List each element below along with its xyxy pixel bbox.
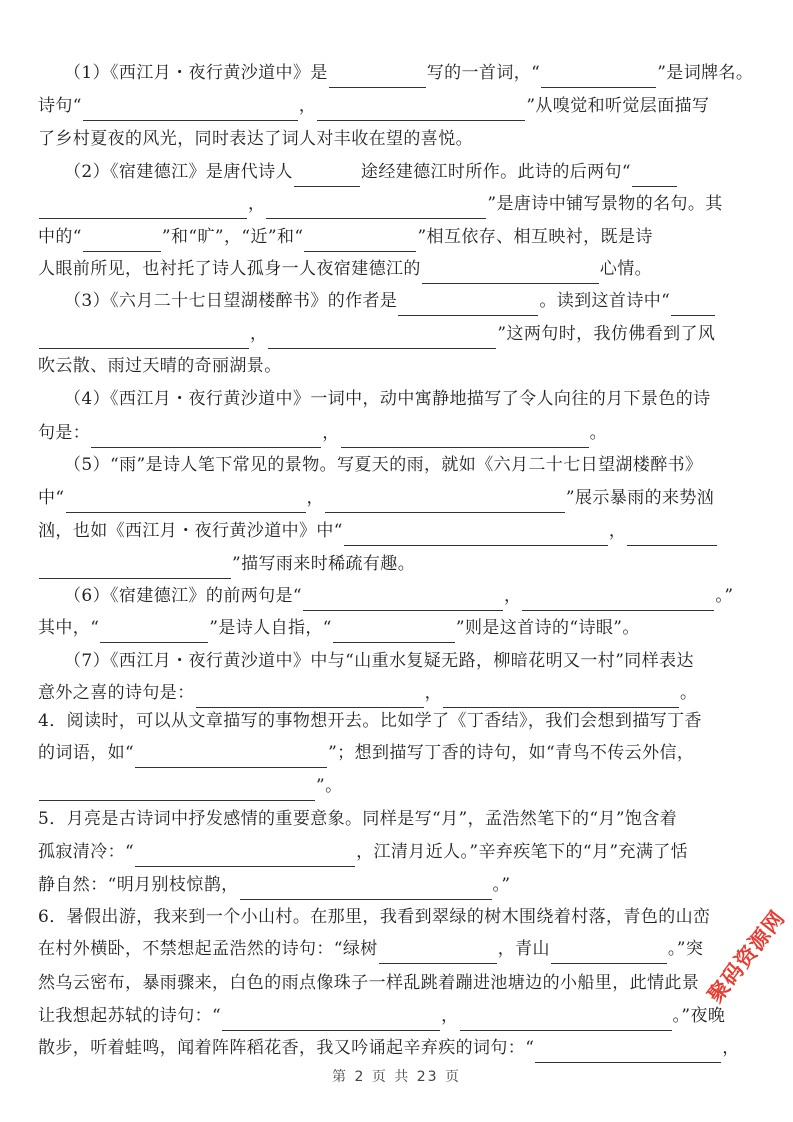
- footer-total-pages: 23: [417, 1069, 439, 1085]
- text-segment: 。”: [493, 870, 511, 900]
- text-segment: 然乌云密布，暴雨骤来，白色的雨点像珠子一样乱跳着蹦进池塘边的小船里，此情此景: [38, 968, 699, 998]
- fill-in-blank[interactable]: [341, 425, 589, 448]
- footer-middle: 页 共: [372, 1069, 410, 1085]
- fill-in-blank[interactable]: [379, 941, 497, 964]
- text-segment: （4）《西江月・夜行黄沙道中》一词中，动中寓静地描写了令人向往的月下景色的诗: [64, 384, 711, 414]
- fill-in-blank[interactable]: [325, 490, 565, 513]
- text-segment: ”；想到描写丁香的诗句，如“青鸟不传云外信，: [328, 738, 694, 768]
- text-line: 孤寂清冷：“，江清月近人。”辛弃疾笔下的“月”充满了恬: [38, 837, 688, 867]
- text-segment: （5）“雨”是诗人笔下常见的景物。写夏天的雨，就如《六月二十七日望湖楼醉书》: [64, 450, 702, 480]
- page-footer: 第 2 页 共 23 页: [0, 1066, 793, 1086]
- text-line: 然乌云密布，暴雨骤来，白色的雨点像珠子一样乱跳着蹦进池塘边的小船里，此情此景: [38, 968, 699, 998]
- document-page: （1）《西江月・夜行黄沙道中》是写的一首词，“”是词牌名。诗句“，”从嗅觉和听觉…: [0, 0, 793, 1122]
- fill-in-blank[interactable]: [398, 293, 538, 316]
- fill-in-blank[interactable]: [266, 196, 486, 219]
- fill-in-blank[interactable]: [100, 620, 208, 643]
- text-segment: 。读到这首诗中“: [539, 286, 670, 316]
- fill-in-blank[interactable]: [135, 844, 355, 867]
- text-line: 在村外横卧，不禁想起孟浩然的诗句：“绿树，青山。”突: [38, 934, 703, 964]
- text-segment: 诗句“: [38, 91, 82, 121]
- text-segment: ，: [250, 319, 267, 349]
- text-segment: 。”: [715, 581, 733, 611]
- text-segment: ”是唐诗中铺写景物的名句。其: [487, 189, 722, 219]
- fill-in-blank[interactable]: [135, 745, 327, 768]
- fill-in-blank[interactable]: [632, 164, 677, 187]
- text-segment: ，: [307, 483, 324, 513]
- text-segment: 的词语，如“: [38, 738, 134, 768]
- text-line: （7）《西江月・夜行黄沙道中》中与“山重水复疑无路，柳暗花明又一村”同样表达: [64, 646, 694, 676]
- text-line: 的词语，如“”；想到描写丁香的诗句，如“青鸟不传云外信，: [38, 738, 694, 768]
- fill-in-blank[interactable]: [460, 1008, 672, 1031]
- text-line: 意外之喜的诗句是：，。: [38, 678, 697, 708]
- text-segment: 了乡村夏夜的风光，同时表达了词人对丰收在望的喜悦。: [38, 124, 473, 154]
- fill-in-blank[interactable]: [222, 1008, 440, 1031]
- text-line: （2）《宿建德江》是唐代诗人途经建德江时所作。此诗的后两句“: [64, 157, 678, 187]
- text-line: 吹云散、雨过天晴的奇丽湖景。: [38, 351, 282, 381]
- text-line: 中“，”展示暴雨的来势汹: [38, 483, 714, 513]
- text-segment: 其中，“: [38, 613, 99, 643]
- text-line: ”描写雨来时稀疏有趣。: [38, 549, 415, 579]
- text-segment: ”展示暴雨的来势汹: [566, 483, 714, 513]
- text-segment: ，: [425, 678, 442, 708]
- text-segment: ”。: [316, 771, 343, 801]
- text-line: 5．月亮是古诗词中抒发感情的重要意象。同样是写“月”，孟浩然笔下的“月”饱含着: [38, 804, 677, 834]
- text-line: 4．阅读时，可以从文章描写的事物想开去。比如学了《丁香结》，我们会想到描写丁香: [38, 706, 702, 736]
- text-line: 散步，听着蛙鸣，闻着阵阵稻花香，我又吟诵起辛弃疾的词句：“，: [38, 1033, 740, 1063]
- text-segment: 孤寂清冷：“: [38, 837, 134, 867]
- text-segment: 中的“: [38, 222, 82, 252]
- fill-in-blank[interactable]: [268, 326, 496, 349]
- fill-in-blank[interactable]: [522, 588, 714, 611]
- text-segment: ，: [299, 91, 316, 121]
- text-segment: 。: [680, 678, 697, 708]
- fill-in-blank[interactable]: [294, 164, 360, 187]
- text-segment: （7）《西江月・夜行黄沙道中》中与“山重水复疑无路，柳暗花明又一村”同样表达: [64, 646, 694, 676]
- fill-in-blank[interactable]: [240, 877, 492, 900]
- text-line: 人眼前所见，也衬托了诗人孤身一人夜宿建德江的心情。: [38, 254, 652, 284]
- footer-page-number: 2: [354, 1069, 365, 1085]
- fill-in-blank[interactable]: [66, 490, 306, 513]
- text-segment: 途经建德江时所作。此诗的后两句“: [361, 157, 631, 187]
- text-line: 其中，“”是诗人自指，“”则是这首诗的“诗眼”。: [38, 613, 640, 643]
- text-line: ”。: [38, 771, 343, 801]
- text-segment: 。”突: [668, 934, 703, 964]
- text-line: （4）《西江月・夜行黄沙道中》一词中，动中寓静地描写了令人向往的月下景色的诗: [64, 384, 711, 414]
- text-line: 诗句“，”从嗅觉和听觉层面描写: [38, 91, 709, 121]
- fill-in-blank[interactable]: [39, 778, 315, 801]
- text-segment: 散步，听着蛙鸣，闻着阵阵稻花香，我又吟诵起辛弃疾的词句：“: [38, 1033, 534, 1063]
- text-segment: 5．月亮是古诗词中抒发感情的重要意象。同样是写“月”，孟浩然笔下的“月”饱含着: [38, 804, 677, 834]
- text-segment: 吹云散、雨过天晴的奇丽湖景。: [38, 351, 282, 381]
- text-segment: （6）《宿建德江》的前两句是“: [64, 581, 302, 611]
- text-segment: ，江清月近人。”辛弃疾笔下的“月”充满了恬: [356, 837, 688, 867]
- text-segment: 人眼前所见，也衬托了诗人孤身一人夜宿建德江的: [38, 254, 421, 284]
- fill-in-blank[interactable]: [317, 98, 525, 121]
- fill-in-blank[interactable]: [83, 229, 161, 252]
- text-segment: 中“: [38, 483, 65, 513]
- text-segment: ”这两句时，我仿佛看到了风: [497, 319, 715, 349]
- text-segment: 4．阅读时，可以从文章描写的事物想开去。比如学了《丁香结》，我们会想到描写丁香: [38, 706, 702, 736]
- text-segment: 静自然：“明月别枝惊鹊，: [38, 870, 239, 900]
- text-segment: 写的一首词，“: [427, 58, 541, 88]
- text-segment: ，: [441, 1001, 458, 1031]
- fill-in-blank[interactable]: [443, 685, 679, 708]
- fill-in-blank[interactable]: [83, 98, 298, 121]
- fill-in-blank[interactable]: [304, 229, 416, 252]
- text-segment: ”是诗人自指，“: [209, 613, 332, 643]
- text-line: （3）《六月二十七日望湖楼醉书》的作者是。读到这首诗中“: [64, 286, 716, 316]
- text-segment: 让我想起苏轼的诗句：“: [38, 1001, 221, 1031]
- fill-in-blank[interactable]: [329, 65, 426, 88]
- text-segment: ，: [248, 189, 265, 219]
- footer-prefix: 第: [332, 1069, 348, 1085]
- text-segment: 。”夜晚: [673, 1001, 726, 1031]
- fill-in-blank[interactable]: [671, 293, 715, 316]
- text-line: 6．暑假出游，我来到一个小山村。在那里，我看到翠绿的树木围绕着村落，青色的山峦: [38, 902, 710, 932]
- text-segment: 汹，也如《西江月・夜行黄沙道中》中“: [38, 516, 343, 546]
- text-segment: ”相互依存、相互映衬，既是诗: [417, 222, 652, 252]
- fill-in-blank[interactable]: [91, 425, 321, 448]
- fill-in-blank[interactable]: [551, 941, 667, 964]
- fill-in-blank[interactable]: [535, 1040, 721, 1063]
- fill-in-blank[interactable]: [196, 685, 424, 708]
- text-segment: ，: [609, 516, 626, 546]
- text-segment: 意外之喜的诗句是：: [38, 678, 195, 708]
- text-segment: 6．暑假出游，我来到一个小山村。在那里，我看到翠绿的树木围绕着村落，青色的山峦: [38, 902, 710, 932]
- text-line: 了乡村夏夜的风光，同时表达了词人对丰收在望的喜悦。: [38, 124, 473, 154]
- fill-in-blank[interactable]: [333, 620, 455, 643]
- text-line: ，”是唐诗中铺写景物的名句。其: [38, 189, 723, 219]
- text-line: （5）“雨”是诗人笔下常见的景物。写夏天的雨，就如《六月二十七日望湖楼醉书》: [64, 450, 702, 480]
- text-segment: ”从嗅觉和听觉层面描写: [526, 91, 709, 121]
- text-line: （1）《西江月・夜行黄沙道中》是写的一首词，“”是词牌名。: [64, 58, 753, 88]
- fill-in-blank[interactable]: [541, 65, 656, 88]
- text-segment: ，青山: [498, 934, 550, 964]
- fill-in-blank[interactable]: [344, 523, 608, 546]
- text-line: 汹，也如《西江月・夜行黄沙道中》中“，: [38, 516, 718, 546]
- text-line: ，”这两句时，我仿佛看到了风: [38, 319, 715, 349]
- text-line: 中的“”和“旷”，“近”和“”相互依存、相互映衬，既是诗: [38, 222, 653, 252]
- text-segment: ”则是这首诗的“诗眼”。: [456, 613, 640, 643]
- footer-suffix: 页: [445, 1069, 461, 1085]
- fill-in-blank[interactable]: [627, 523, 717, 546]
- text-segment: （2）《宿建德江》是唐代诗人: [64, 157, 293, 187]
- fill-in-blank[interactable]: [39, 326, 249, 349]
- text-segment: ”是词牌名。: [657, 58, 753, 88]
- fill-in-blank[interactable]: [39, 556, 231, 579]
- text-segment: 在村外横卧，不禁想起孟浩然的诗句：“绿树: [38, 934, 378, 964]
- text-line: （6）《宿建德江》的前两句是“，。”: [64, 581, 733, 611]
- text-segment: ，: [722, 1033, 739, 1063]
- text-line: 让我想起苏轼的诗句：“，。”夜晚: [38, 1001, 725, 1031]
- text-segment: 句是：: [38, 418, 90, 448]
- text-segment: ，: [504, 581, 521, 611]
- text-segment: （1）《西江月・夜行黄沙道中》是: [64, 58, 328, 88]
- text-line: 句是：，。: [38, 418, 607, 448]
- fill-in-blank[interactable]: [303, 588, 503, 611]
- text-segment: ”和“旷”，“近”和“: [162, 222, 304, 252]
- text-segment: ，: [322, 418, 339, 448]
- text-segment: 。: [590, 418, 607, 448]
- text-line: 静自然：“明月别枝惊鹊，。”: [38, 870, 511, 900]
- text-segment: （3）《六月二十七日望湖楼醉书》的作者是: [64, 286, 397, 316]
- fill-in-blank[interactable]: [39, 196, 247, 219]
- text-segment: 心情。: [600, 254, 652, 284]
- text-segment: ”描写雨来时稀疏有趣。: [232, 549, 415, 579]
- fill-in-blank[interactable]: [422, 261, 599, 284]
- watermark: 聚码资源网: [700, 903, 791, 1008]
